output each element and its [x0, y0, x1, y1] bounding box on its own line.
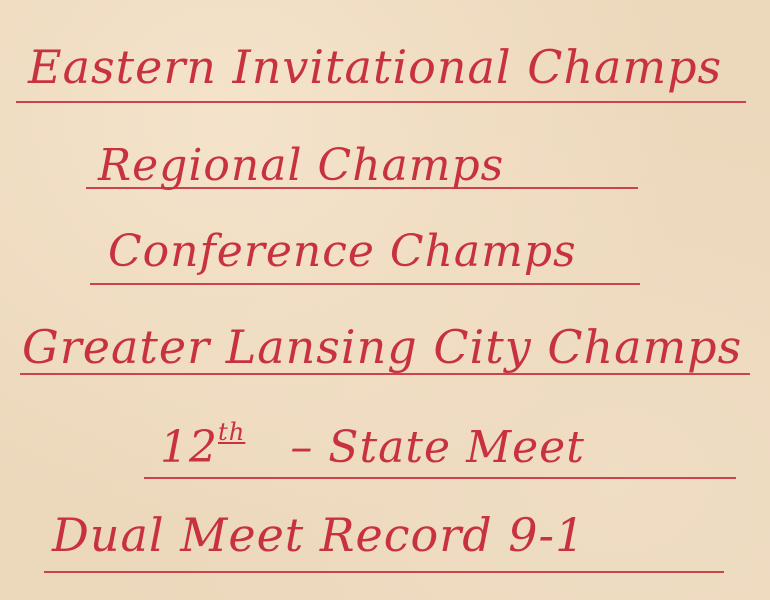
state-meet-text: – State Meet [290, 422, 585, 473]
note-line-4: Greater Lansing City Champs [22, 320, 742, 374]
note-line-2: Regional Champs [98, 140, 504, 191]
note-line-5: 12th – State Meet [160, 418, 585, 473]
underline-3 [90, 283, 640, 285]
place-number: 12 [160, 422, 218, 473]
underline-2 [86, 187, 638, 189]
underline-4 [20, 373, 750, 375]
underline-1 [16, 101, 746, 103]
underline-6 [44, 571, 724, 573]
note-line-1: Eastern Invitational Champs [28, 40, 722, 94]
note-line-6: Dual Meet Record 9-1 [52, 508, 585, 562]
handwritten-note: Eastern Invitational Champs Regional Cha… [0, 0, 770, 600]
note-line-3: Conference Champs [108, 226, 577, 277]
place-suffix: th [218, 418, 245, 446]
underline-5 [144, 477, 736, 479]
